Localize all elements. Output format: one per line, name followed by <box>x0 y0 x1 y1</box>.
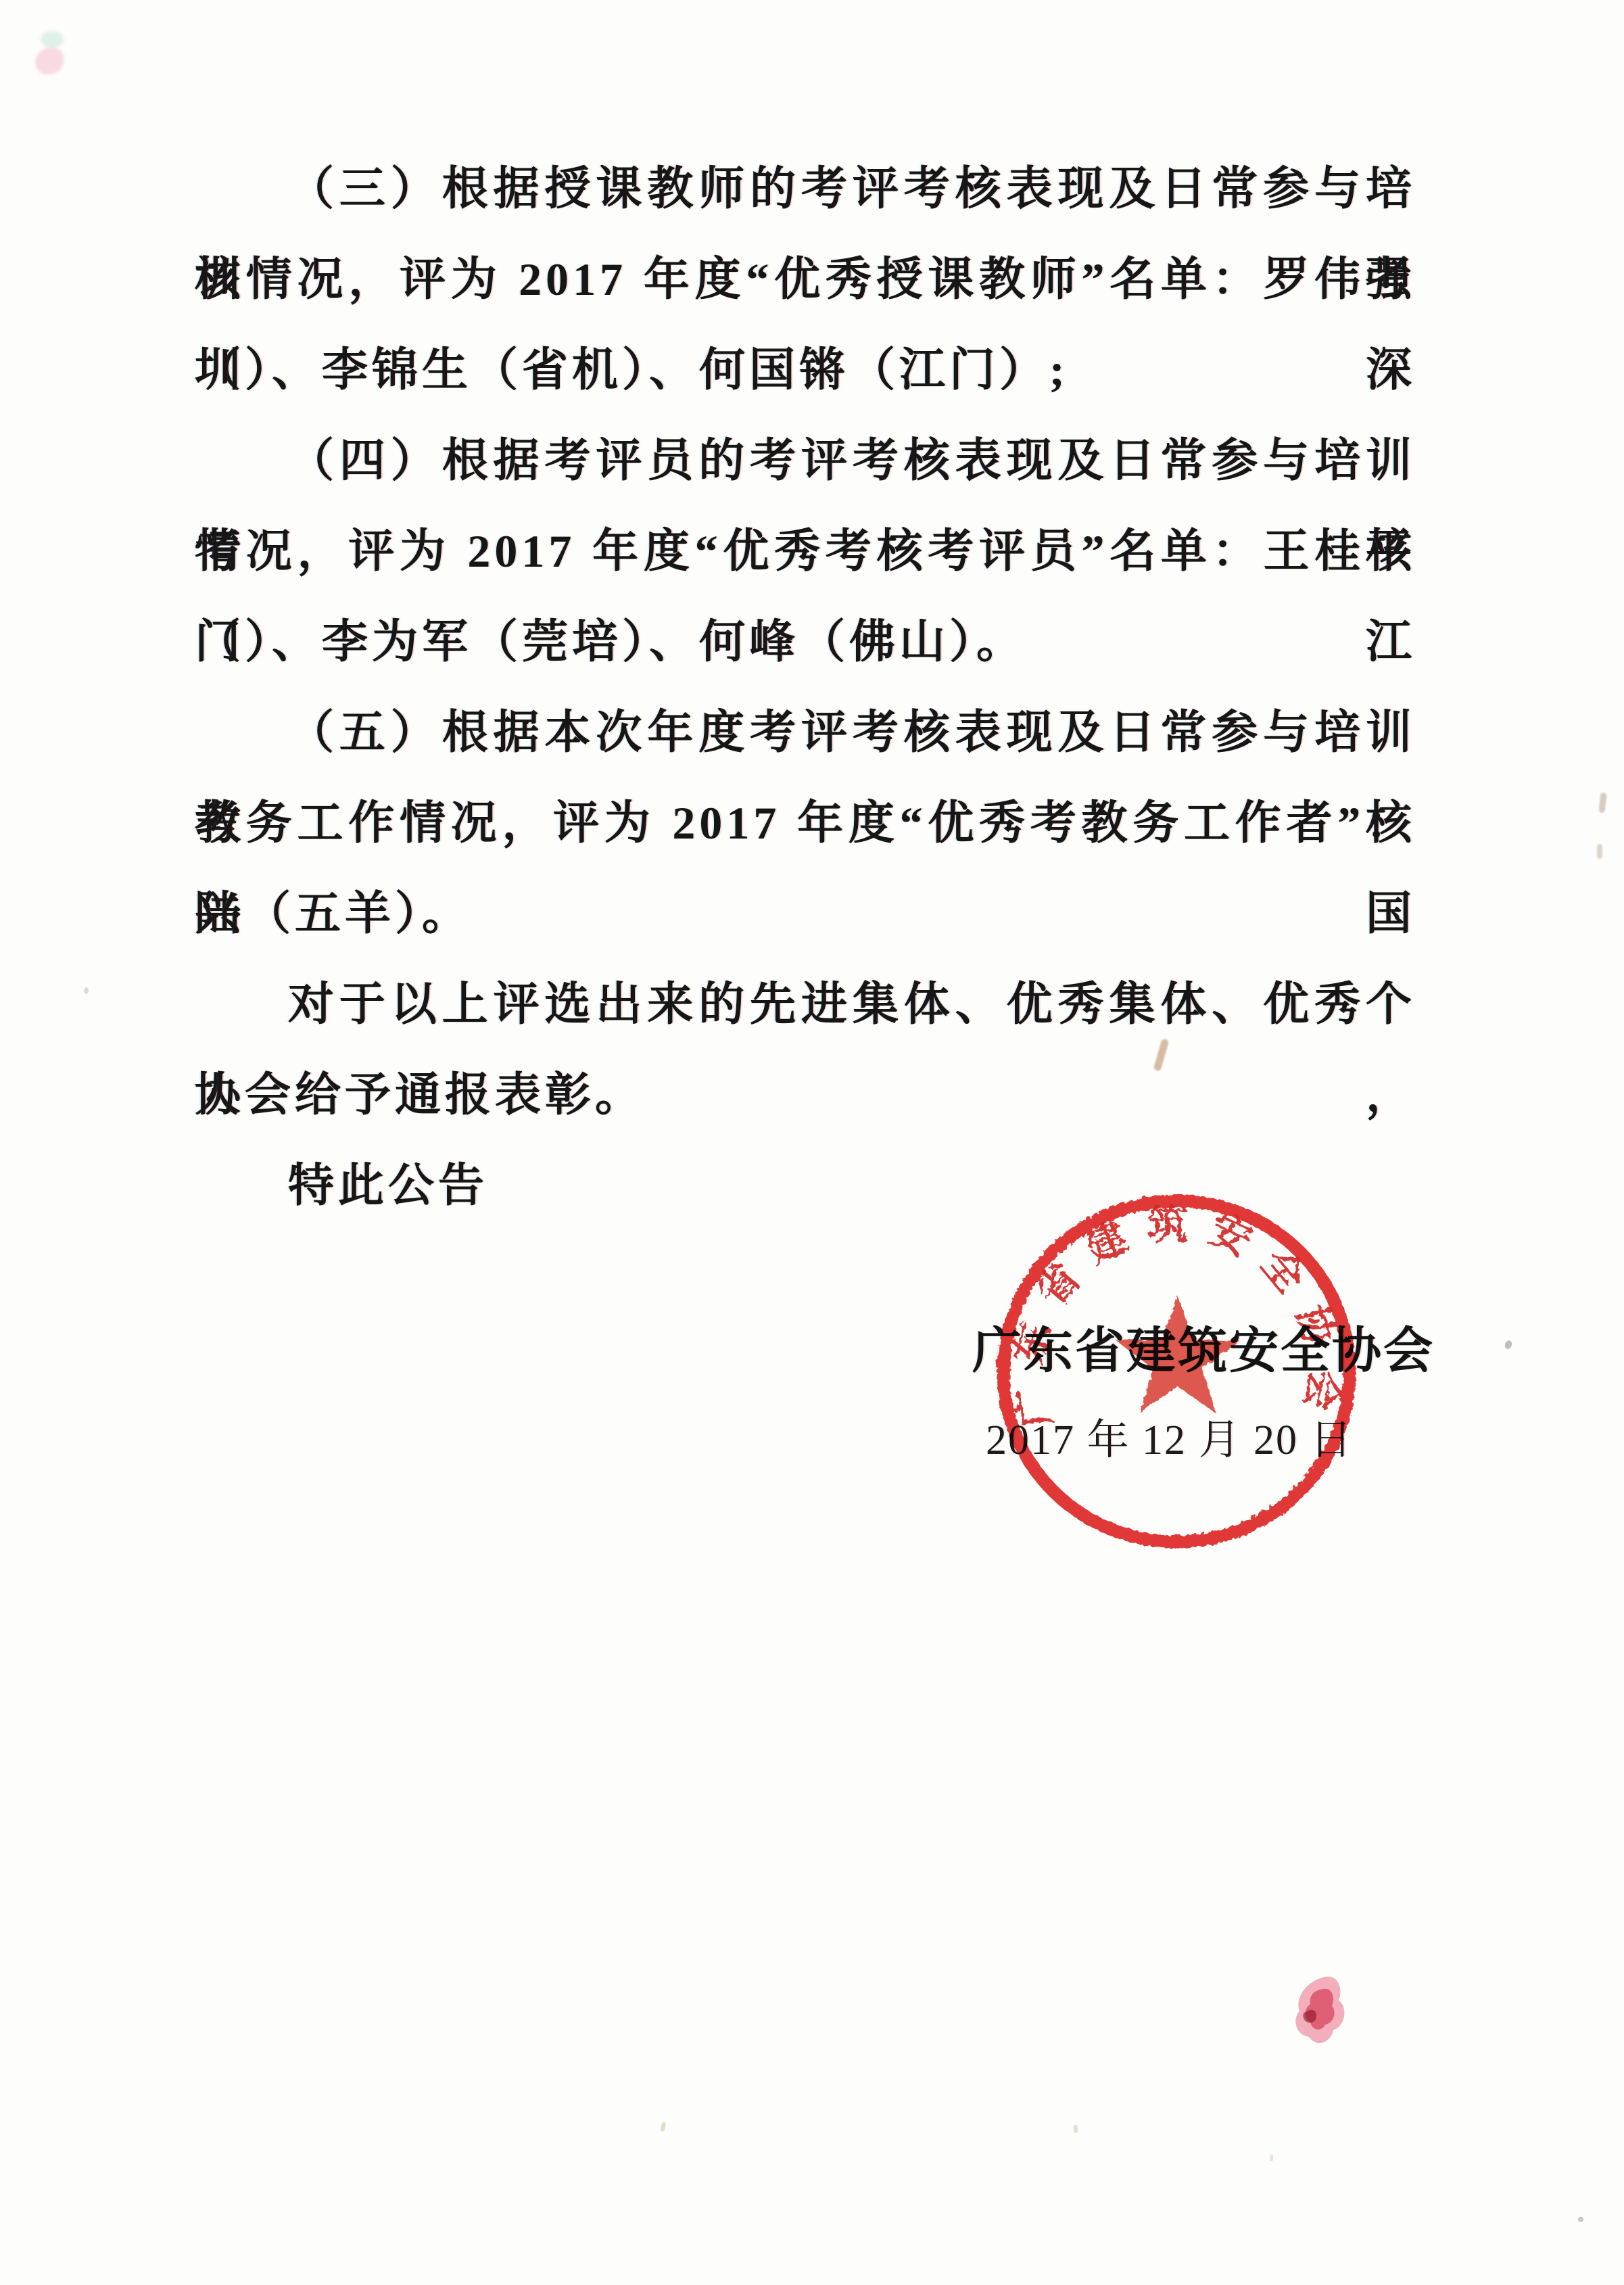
scan-speck <box>1073 2125 1078 2134</box>
text-line: 教务工作情况，评为 2017 年度“优秀考教务工作者”：陆国 <box>195 778 1416 868</box>
text-line: 核情况，评为 2017 年度“优秀授课教师”名单：罗伟强（深 <box>195 234 1416 325</box>
star-icon <box>1116 1296 1240 1413</box>
scan-speck <box>1270 2154 1273 2161</box>
text-line: 对于以上评选出来的先进集体、优秀集体、优秀个人， <box>195 959 1416 1050</box>
scanned-document-page: （三）根据授课教师的考评考核表现及日常参与培训考核情况，评为 2017 年度“优… <box>0 0 1624 2285</box>
text-line: 情况，评为 2017 年度“优秀考核考评员”名单：王桂平（江 <box>195 506 1416 596</box>
scan-smudge-mint <box>41 31 64 47</box>
scan-speck <box>1578 2217 1583 2222</box>
text-line: （四）根据考评员的考评考核表现及日常参与培训考核 <box>195 415 1416 506</box>
edge-mark <box>1598 793 1606 814</box>
scan-speck <box>661 2122 667 2132</box>
ink-smudge <box>1282 1972 1363 2060</box>
text-line: （五）根据本次年度考评考核表现及日常参与培训考核 <box>195 687 1416 778</box>
official-seal-stamp: 广东省建筑安全协会 <box>988 1189 1364 1558</box>
text-line: （三）根据授课教师的考评考核表现及日常参与培训考 <box>195 143 1416 234</box>
edge-mark <box>1597 844 1602 859</box>
scan-smudge-pink <box>35 47 64 74</box>
body-text: （三）根据授课教师的考评考核表现及日常参与培训考核情况，评为 2017 年度“优… <box>195 143 1416 1231</box>
scan-speck <box>84 987 89 994</box>
scan-speck <box>1504 1340 1513 1350</box>
